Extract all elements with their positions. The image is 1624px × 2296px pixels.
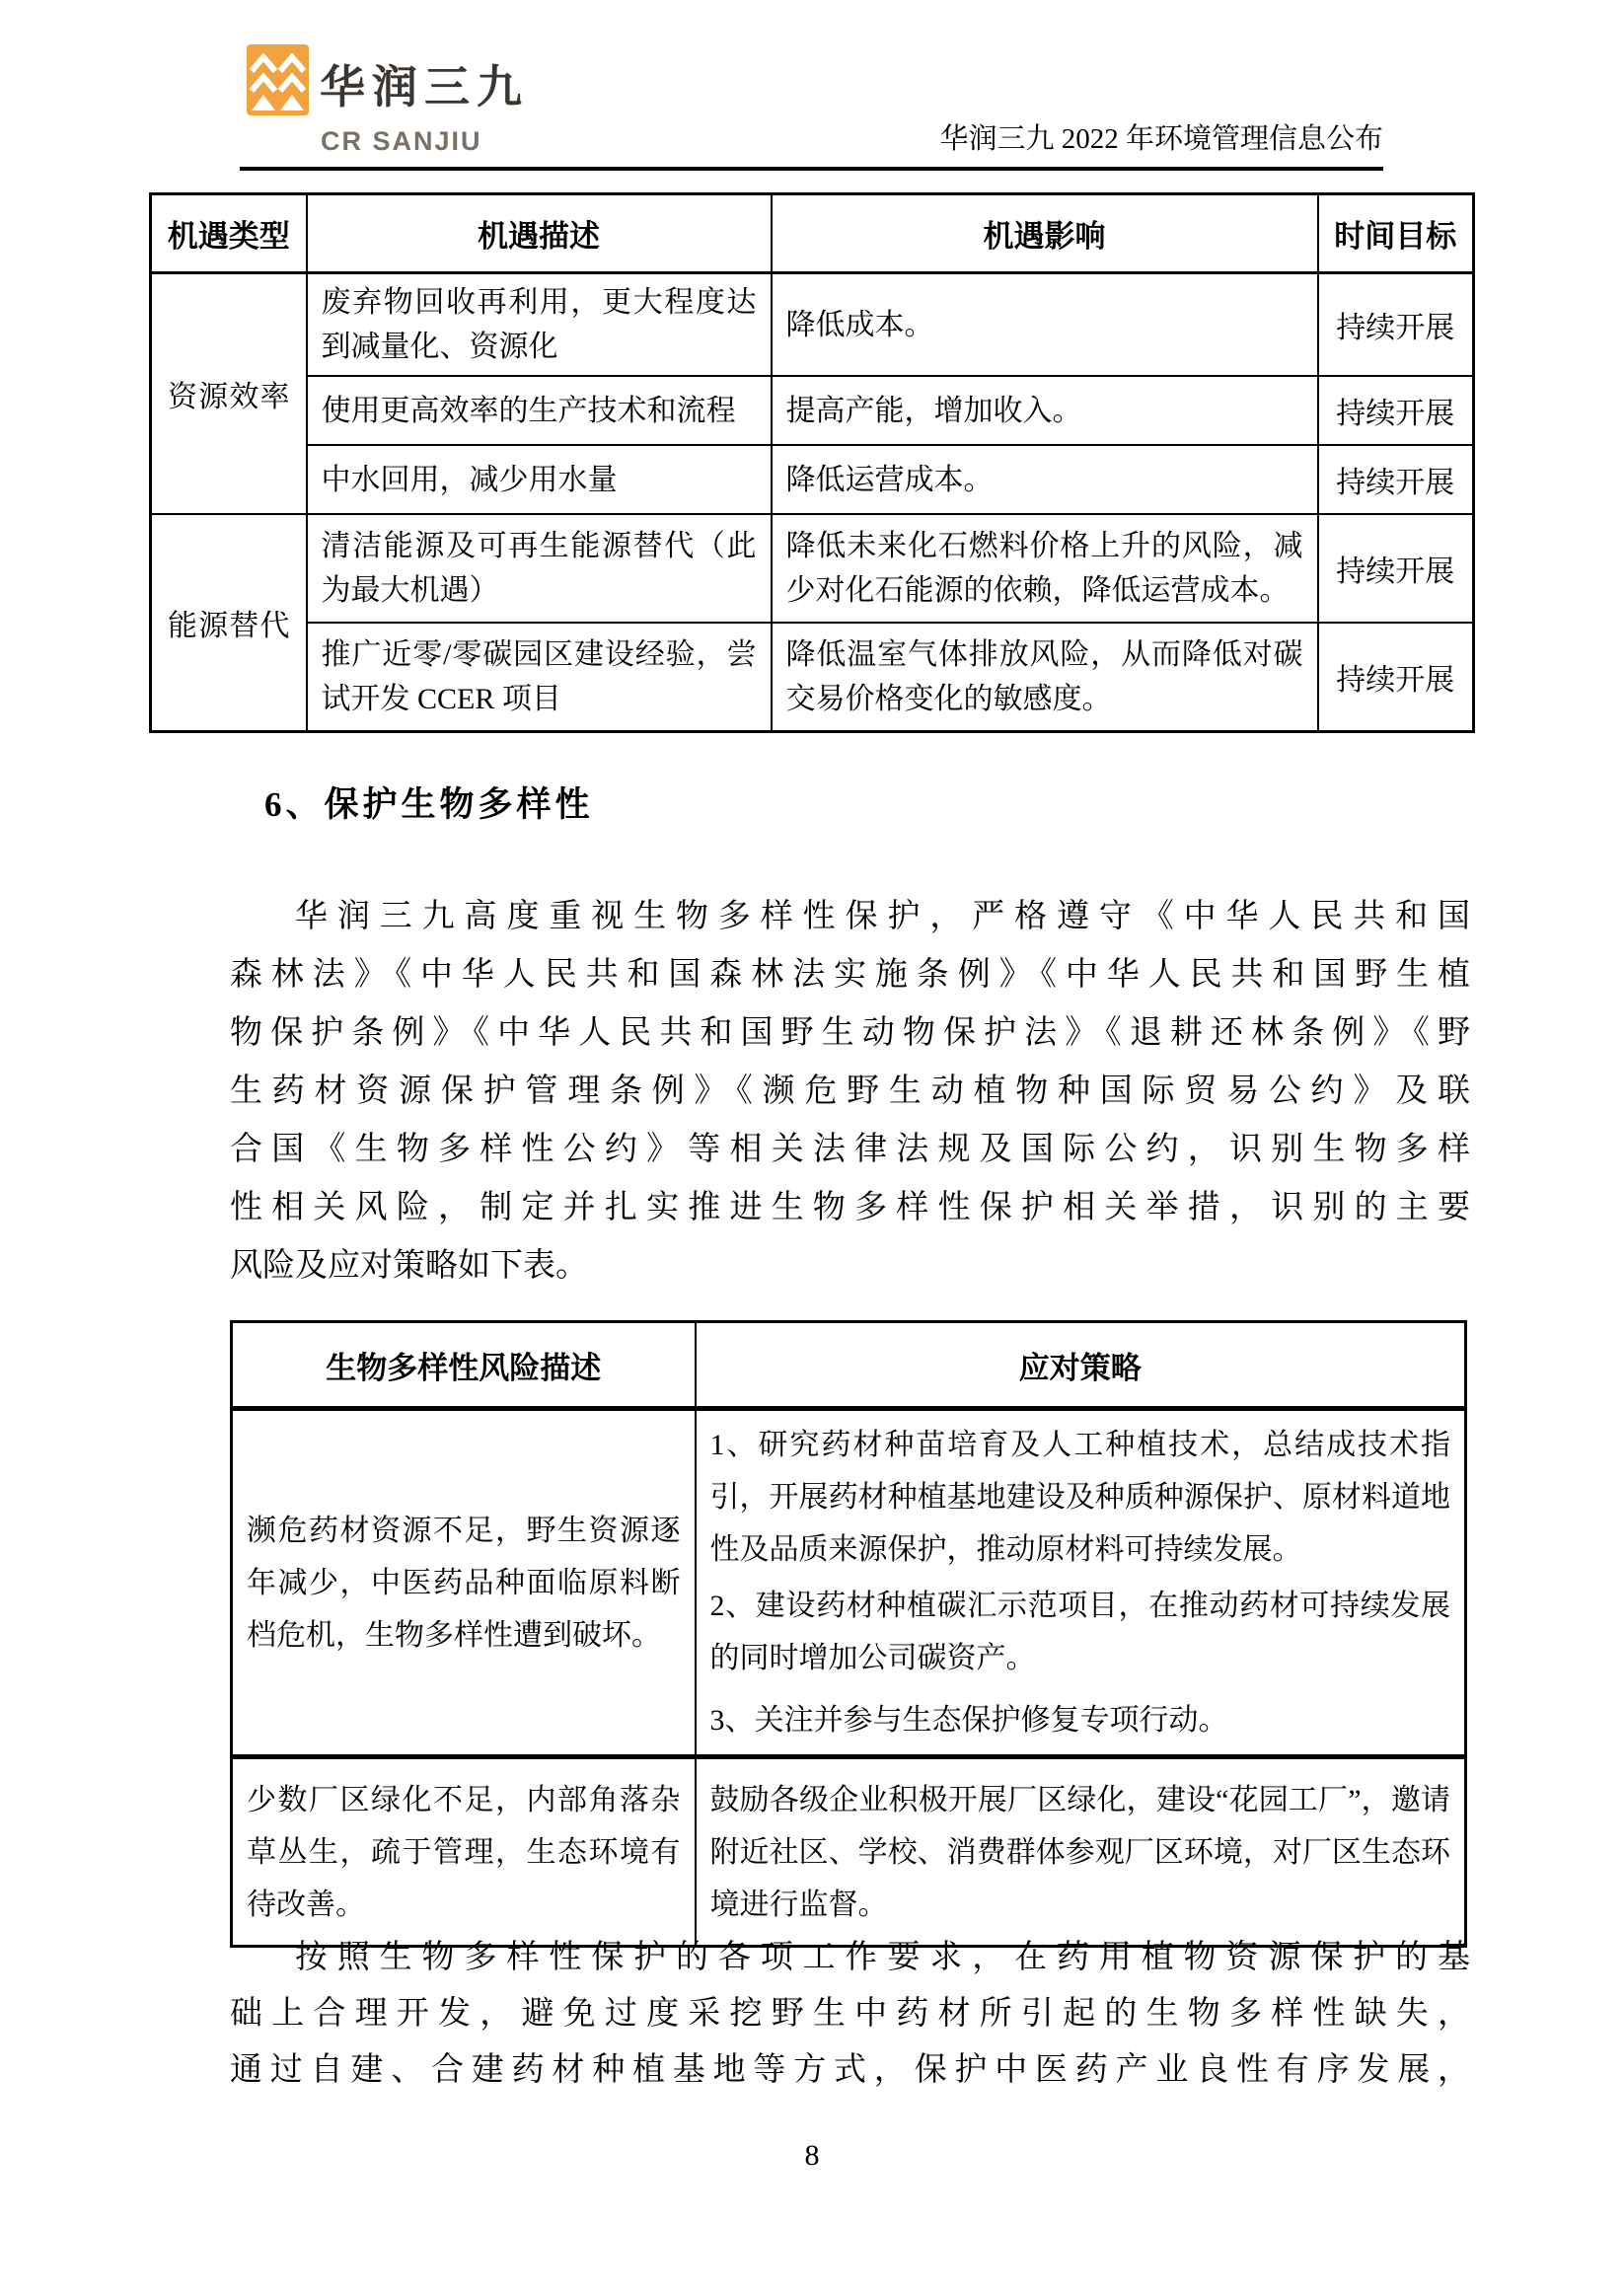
col-header-opportunity-desc: 机遇描述	[307, 194, 772, 273]
paragraph-line: 通过自建、合建药材种植基地等方式，保护中医药产业良性有序发展，	[230, 2042, 1470, 2099]
paragraph-line: 生药材资源保护管理条例》《濒危野生动植物种国际贸易公约》及联	[230, 1063, 1470, 1121]
strategy-cell: 鼓励各级企业积极开展厂区绿化，建设“花园工厂”，邀请附近社区、学校、消费群体参观…	[696, 1757, 1466, 1947]
table-row: 推广近零/零碳园区建设经验，尝试开发 CCER 项目 降低温室气体排放风险，从而…	[151, 623, 1474, 731]
document-title: 华润三九 2022 年环境管理信息公布	[939, 116, 1383, 157]
document-page: 华润三九 CR SANJIU 华润三九 2022 年环境管理信息公布 机遇类型 …	[0, 0, 1624, 2296]
col-header-opportunity-type: 机遇类型	[151, 194, 307, 273]
opportunity-impact-cell: 提高产能，增加收入。	[772, 376, 1318, 445]
opportunity-table-header-row: 机遇类型 机遇描述 机遇影响 时间目标	[151, 194, 1474, 273]
paragraph-line: 合国《生物多样性公约》等相关法律法规及国际公约，识别生物多样	[230, 1121, 1470, 1179]
biodiversity-closing-paragraph: 按照生物多样性保护的各项工作要求，在药用植物资源保护的基 础上合理开发，避免过度…	[230, 1930, 1470, 2099]
biodiversity-risk-table: 生物多样性风险描述 应对策略 濒危药材资源不足，野生资源逐年减少，中医药品种面临…	[230, 1320, 1467, 1948]
page-number: 8	[0, 2139, 1624, 2173]
table-row: 少数厂区绿化不足，内部角落杂草丛生，疏于管理，生态环境有待改善。 鼓励各级企业积…	[232, 1757, 1466, 1947]
strategy-cell: 1、研究药材种苗培育及人工种植技术，总结成技术指引，开展药材种植基地建设及种质种…	[696, 1409, 1466, 1757]
col-header-strategy: 应对策略	[696, 1322, 1466, 1409]
time-target-cell: 持续开展	[1318, 376, 1474, 445]
strategy-item: 1、研究药材种苗培育及人工种植技术，总结成技术指引，开展药材种植基地建设及种质种…	[710, 1419, 1451, 1576]
biodiversity-table-header-row: 生物多样性风险描述 应对策略	[232, 1322, 1466, 1409]
opportunity-desc-cell: 废弃物回收再利用，更大程度达到减量化、资源化	[307, 273, 772, 377]
opportunity-type-cell: 资源效率	[151, 273, 307, 515]
opportunity-desc-cell: 中水回用，减少用水量	[307, 445, 772, 514]
opportunity-impact-cell: 降低温室气体排放风险，从而降低对碳交易价格变化的敏感度。	[772, 623, 1318, 731]
paragraph-line: 性相关风险，制定并扎实推进生物多样性保护相关举措，识别的主要	[230, 1179, 1470, 1237]
paragraph-line: 物保护条例》《中华人民共和国野生动物保护法》《退耕还林条例》《野	[230, 1004, 1470, 1063]
opportunity-impact-cell: 降低成本。	[772, 273, 1318, 377]
col-header-risk-desc: 生物多样性风险描述	[232, 1322, 696, 1409]
header-divider	[240, 167, 1383, 171]
risk-desc-cell: 少数厂区绿化不足，内部角落杂草丛生，疏于管理，生态环境有待改善。	[232, 1757, 696, 1947]
time-target-cell: 持续开展	[1318, 273, 1474, 377]
table-row: 中水回用，减少用水量 降低运营成本。 持续开展	[151, 445, 1474, 514]
col-header-time-target: 时间目标	[1318, 194, 1474, 273]
section-heading: 6、保护生物多样性	[264, 778, 594, 827]
opportunity-desc-cell: 推广近零/零碳园区建设经验，尝试开发 CCER 项目	[307, 623, 772, 731]
opportunity-desc-cell: 使用更高效率的生产技术和流程	[307, 376, 772, 445]
paragraph-line: 森林法》《中华人民共和国森林法实施条例》《中华人民共和国野生植	[230, 946, 1470, 1004]
brand-name-en: CR SANJIU	[321, 126, 482, 157]
risk-desc-cell: 濒危药材资源不足，野生资源逐年减少，中医药品种面临原料断档危机，生物多样性遭到破…	[232, 1409, 696, 1757]
opportunity-impact-cell: 降低运营成本。	[772, 445, 1318, 514]
table-row: 资源效率 废弃物回收再利用，更大程度达到减量化、资源化 降低成本。 持续开展	[151, 273, 1474, 377]
opportunity-desc-cell: 清洁能源及可再生能源替代（此为最大机遇）	[307, 514, 772, 623]
time-target-cell: 持续开展	[1318, 445, 1474, 514]
opportunity-impact-cell: 降低未来化石燃料价格上升的风险，减少对化石能源的依赖，降低运营成本。	[772, 514, 1318, 623]
opportunity-type-cell: 能源替代	[151, 514, 307, 731]
biodiversity-intro-paragraph: 华润三九高度重视生物多样性保护，严格遵守《中华人民共和国 森林法》《中华人民共和…	[230, 888, 1470, 1296]
time-target-cell: 持续开展	[1318, 623, 1474, 731]
strategy-item: 2、建设药材种植碳汇示范项目，在推动药材可持续发展的同时增加公司碳资产。	[710, 1580, 1451, 1684]
table-row: 濒危药材资源不足，野生资源逐年减少，中医药品种面临原料断档危机，生物多样性遭到破…	[232, 1409, 1466, 1757]
paragraph-line: 按照生物多样性保护的各项工作要求，在药用植物资源保护的基	[230, 1930, 1470, 1986]
time-target-cell: 持续开展	[1318, 514, 1474, 623]
opportunity-table: 机遇类型 机遇描述 机遇影响 时间目标 资源效率 废弃物回收再利用，更大程度达到…	[149, 192, 1475, 733]
paragraph-line: 风险及应对策略如下表。	[230, 1237, 1470, 1296]
brand-name-cn: 华润三九	[320, 51, 529, 116]
mountain-logo-icon	[247, 103, 309, 119]
company-logo	[247, 44, 309, 115]
table-row: 能源替代 清洁能源及可再生能源替代（此为最大机遇） 降低未来化石燃料价格上升的风…	[151, 514, 1474, 623]
col-header-opportunity-impact: 机遇影响	[772, 194, 1318, 273]
paragraph-line: 华润三九高度重视生物多样性保护，严格遵守《中华人民共和国	[230, 888, 1470, 946]
strategy-item: 3、关注并参与生态保护修复专项行动。	[710, 1694, 1451, 1746]
paragraph-line: 础上合理开发，避免过度采挖野生中药材所引起的生物多样性缺失，	[230, 1986, 1470, 2042]
table-row: 使用更高效率的生产技术和流程 提高产能，增加收入。 持续开展	[151, 376, 1474, 445]
